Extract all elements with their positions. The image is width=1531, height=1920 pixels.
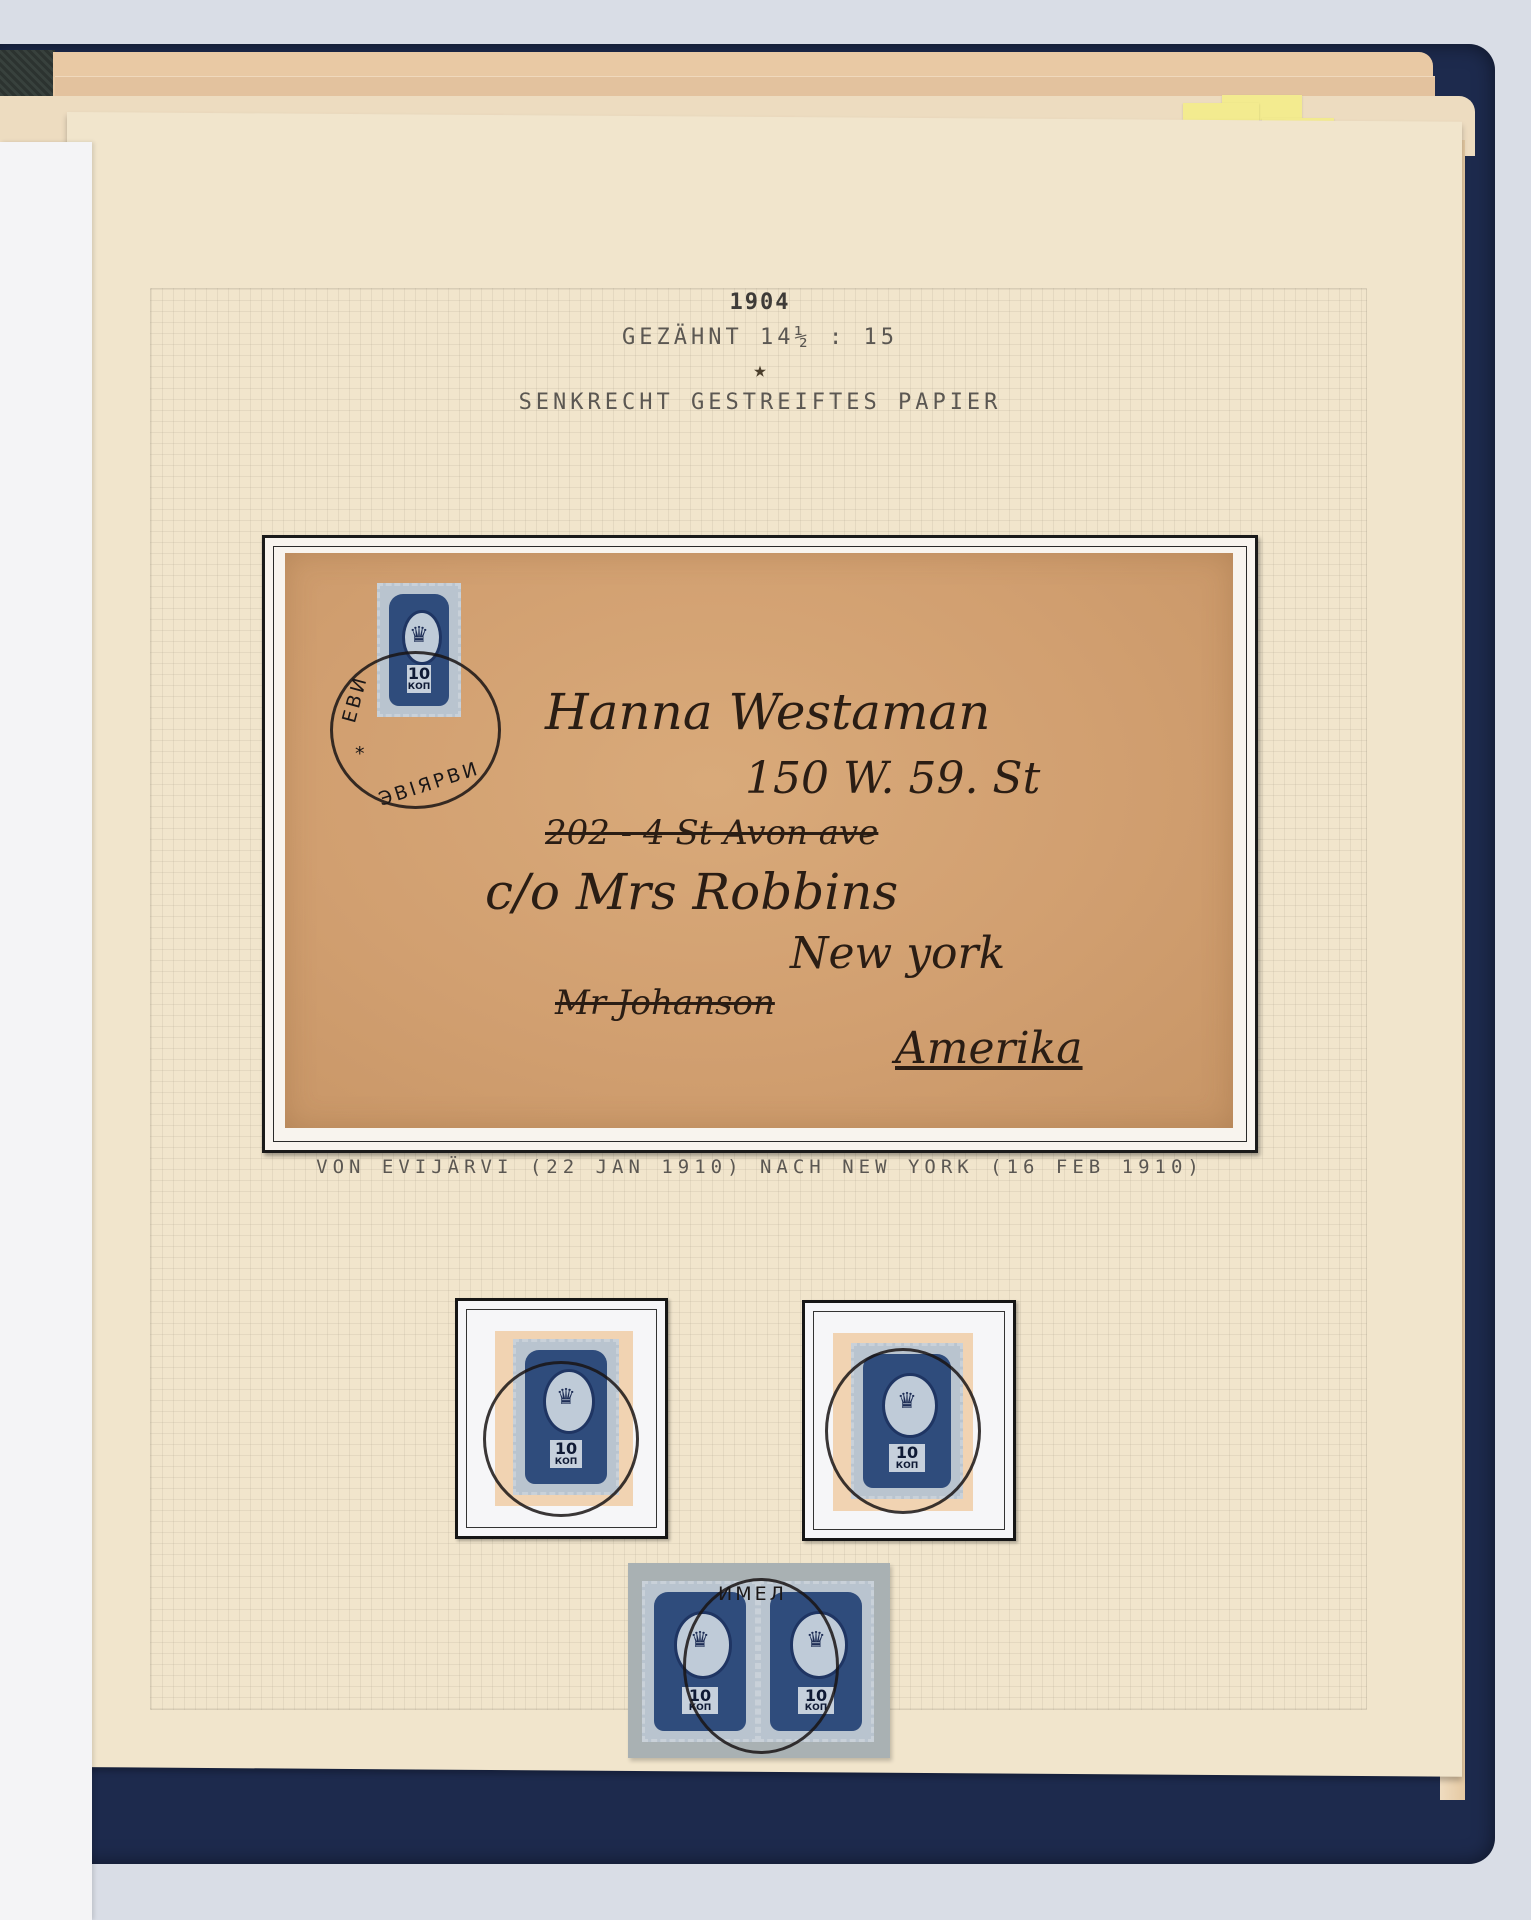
- page-year: 1904: [620, 290, 900, 315]
- cover-caption: VON EVIJÄRVI (22 JAN 1910) NACH NEW YORK…: [280, 1156, 1240, 1178]
- stamp: ♛ 10КОП: [851, 1343, 963, 1499]
- address-line: 150 W. 59. St: [745, 753, 1040, 804]
- facing-page: [0, 142, 92, 1920]
- address-line: Amerika: [895, 1023, 1083, 1074]
- eagle-icon: ♛: [389, 623, 449, 648]
- paper-type-heading: SENKRECHT GESTREIFTES PAPIER: [470, 390, 1050, 415]
- address-line: New york: [790, 928, 1005, 979]
- postmark: [825, 1348, 981, 1514]
- stamp-pair-on-piece: ♛ 10КОП ♛ 10КОП ИМЕЛ: [628, 1563, 890, 1758]
- stamp: ♛ 10КОП: [513, 1339, 619, 1495]
- eagle-icon: ♛: [863, 1389, 951, 1414]
- postmark-star: *: [355, 743, 368, 765]
- stamp-mount: ♛ 10КОП: [455, 1298, 668, 1539]
- address-line: c/o Mrs Robbins: [485, 863, 898, 921]
- eagle-icon: ♛: [525, 1385, 607, 1410]
- stamp-unit: КОП: [889, 1462, 924, 1472]
- stamp-value: 10: [555, 1439, 577, 1458]
- album-spine: [0, 50, 55, 100]
- star-icon: ★: [745, 358, 775, 383]
- stamp-value: 10: [896, 1443, 918, 1462]
- address-line: Hanna Westaman: [545, 683, 990, 741]
- postmark-text: ИМЕЛ: [718, 1583, 787, 1605]
- perforation-heading: GEZÄHNT 14½ : 15: [560, 325, 960, 350]
- postmark: [483, 1361, 639, 1517]
- stamp-unit: КОП: [550, 1458, 583, 1468]
- address-line-struck: Mr Johanson: [555, 983, 775, 1023]
- address-line-struck: 202 - 4 St Avon ave: [545, 813, 878, 853]
- envelope-cover: ♛ 10КОП ЭВІЯРВИ ЕВИ * Hanna Westaman 150…: [285, 553, 1233, 1128]
- stamp-mount: ♛ 10КОП: [802, 1300, 1016, 1541]
